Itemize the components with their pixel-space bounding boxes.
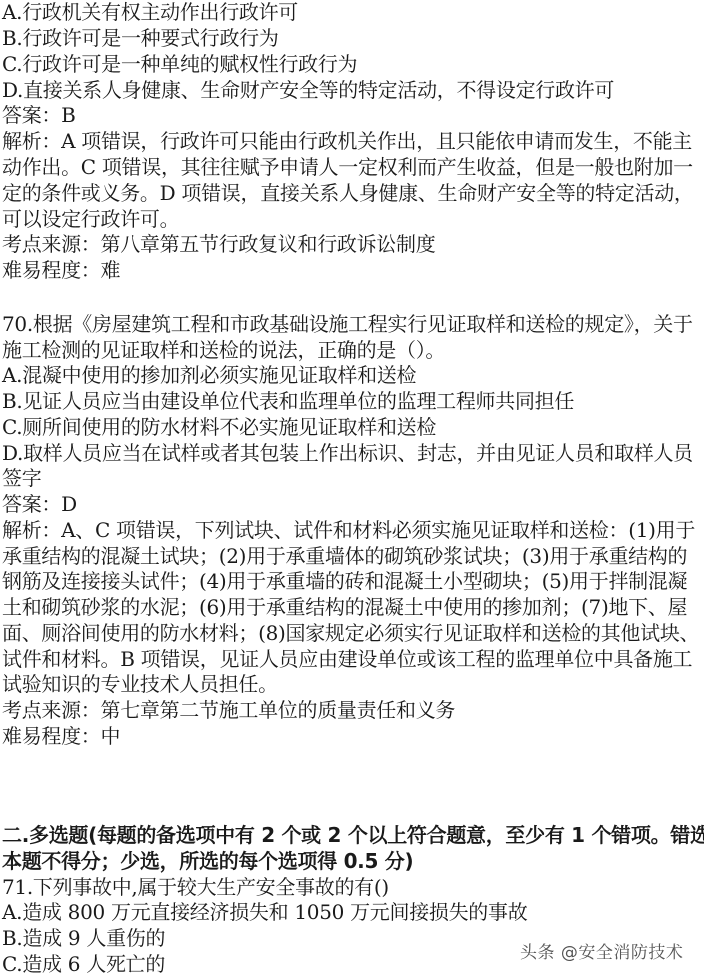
analysis-line: 解析：A 项错误，行政许可只能由行政机关作出，且只能依申请而发生，不能主 bbox=[2, 128, 704, 154]
question-stem: 施工检测的见证取样和送检的说法，正确的是（）。 bbox=[2, 337, 704, 363]
analysis-line: 钢筋及连接接头试件；(4)用于承重墙的砖和混凝土小型砌块；(5)用于拌制混凝 bbox=[2, 568, 704, 594]
question-stem: 71.下列事故中,属于较大生产安全事故的有() bbox=[2, 874, 704, 900]
option-b: B.见证人员应当由建设单位代表和监理单位的监理工程师共同担任 bbox=[2, 388, 704, 414]
analysis-line: 定的条件或义务。D 项错误，直接关系人身健康、生命财产安全等的特定活动， bbox=[2, 180, 704, 206]
analysis-line: 面、厕浴间使用的防水材料；(8)国家规定必须实行见证取样和送检的其他试块、 bbox=[2, 620, 704, 646]
source: 考点来源：第八章第五节行政复议和行政诉讼制度 bbox=[2, 231, 704, 257]
option-d-continued: 签字 bbox=[2, 465, 704, 491]
option-a: A.行政机关有权主动作出行政许可 bbox=[2, 0, 704, 25]
difficulty: 难易程度：难 bbox=[2, 257, 704, 283]
option-b: B.行政许可是一种要式行政行为 bbox=[2, 25, 704, 51]
answer: 答案：D bbox=[2, 491, 704, 517]
analysis-line: 承重结构的混凝土试块；(2)用于承重墙体的砌筑砂浆试块；(3)用于承重结构的 bbox=[2, 543, 704, 569]
option-a: A.混凝中使用的掺加剂必须实施见证取样和送检 bbox=[2, 362, 704, 388]
source: 考点来源：第七章第二节施工单位的质量责任和义务 bbox=[2, 697, 704, 723]
question-stem: 70.根据《房屋建筑工程和市政基础设施工程实行见证取样和送检的规定》，关于 bbox=[2, 311, 704, 337]
option-d: D.取样人员应当在试样或者其包装上作出标识、封志，并由见证人员和取样人员 bbox=[2, 440, 704, 466]
analysis-line: 解析：A、C 项错误，下列试块、试件和材料必须实施见证取样和送检：(1)用于 bbox=[2, 517, 704, 543]
analysis-line: 试验知识的专业技术人员担任。 bbox=[2, 671, 704, 697]
option-c: C.厕所间使用的防水材料不必实施见证取样和送检 bbox=[2, 414, 704, 440]
difficulty: 难易程度：中 bbox=[2, 723, 704, 749]
analysis-line: 动作出。C 项错误，其往往赋予申请人一定权利而产生收益，但是一般也附加一 bbox=[2, 154, 704, 180]
analysis-line: 土和砌筑砂浆的水泥；(6)用于承重结构的混凝土中使用的掺加剂；(7)地下、屋 bbox=[2, 594, 704, 620]
analysis-line: 可以设定行政许可。 bbox=[2, 206, 704, 232]
section-heading-line: 本题不得分；少选，所选的每个选项得 0.5 分) bbox=[2, 848, 704, 874]
answer: 答案：B bbox=[2, 102, 704, 128]
analysis-line: 试件和材料。B 项错误，见证人员应由建设单位或该工程的监理单位中具备施工 bbox=[2, 646, 704, 672]
section-heading-line: 二.多选题(每题的备选项中有 2 个或 2 个以上符合题意，至少有 1 个错项。… bbox=[2, 822, 704, 848]
option-a: A.造成 800 万元直接经济损失和 1050 万元间接损失的事故 bbox=[2, 899, 704, 925]
option-c: C.行政许可是一种单纯的赋权性行政行为 bbox=[2, 51, 704, 77]
watermark: 头条 @安全消防技术 bbox=[520, 938, 683, 963]
option-d: D.直接关系人身健康、生命财产安全等的特定活动，不得设定行政许可 bbox=[2, 77, 704, 103]
